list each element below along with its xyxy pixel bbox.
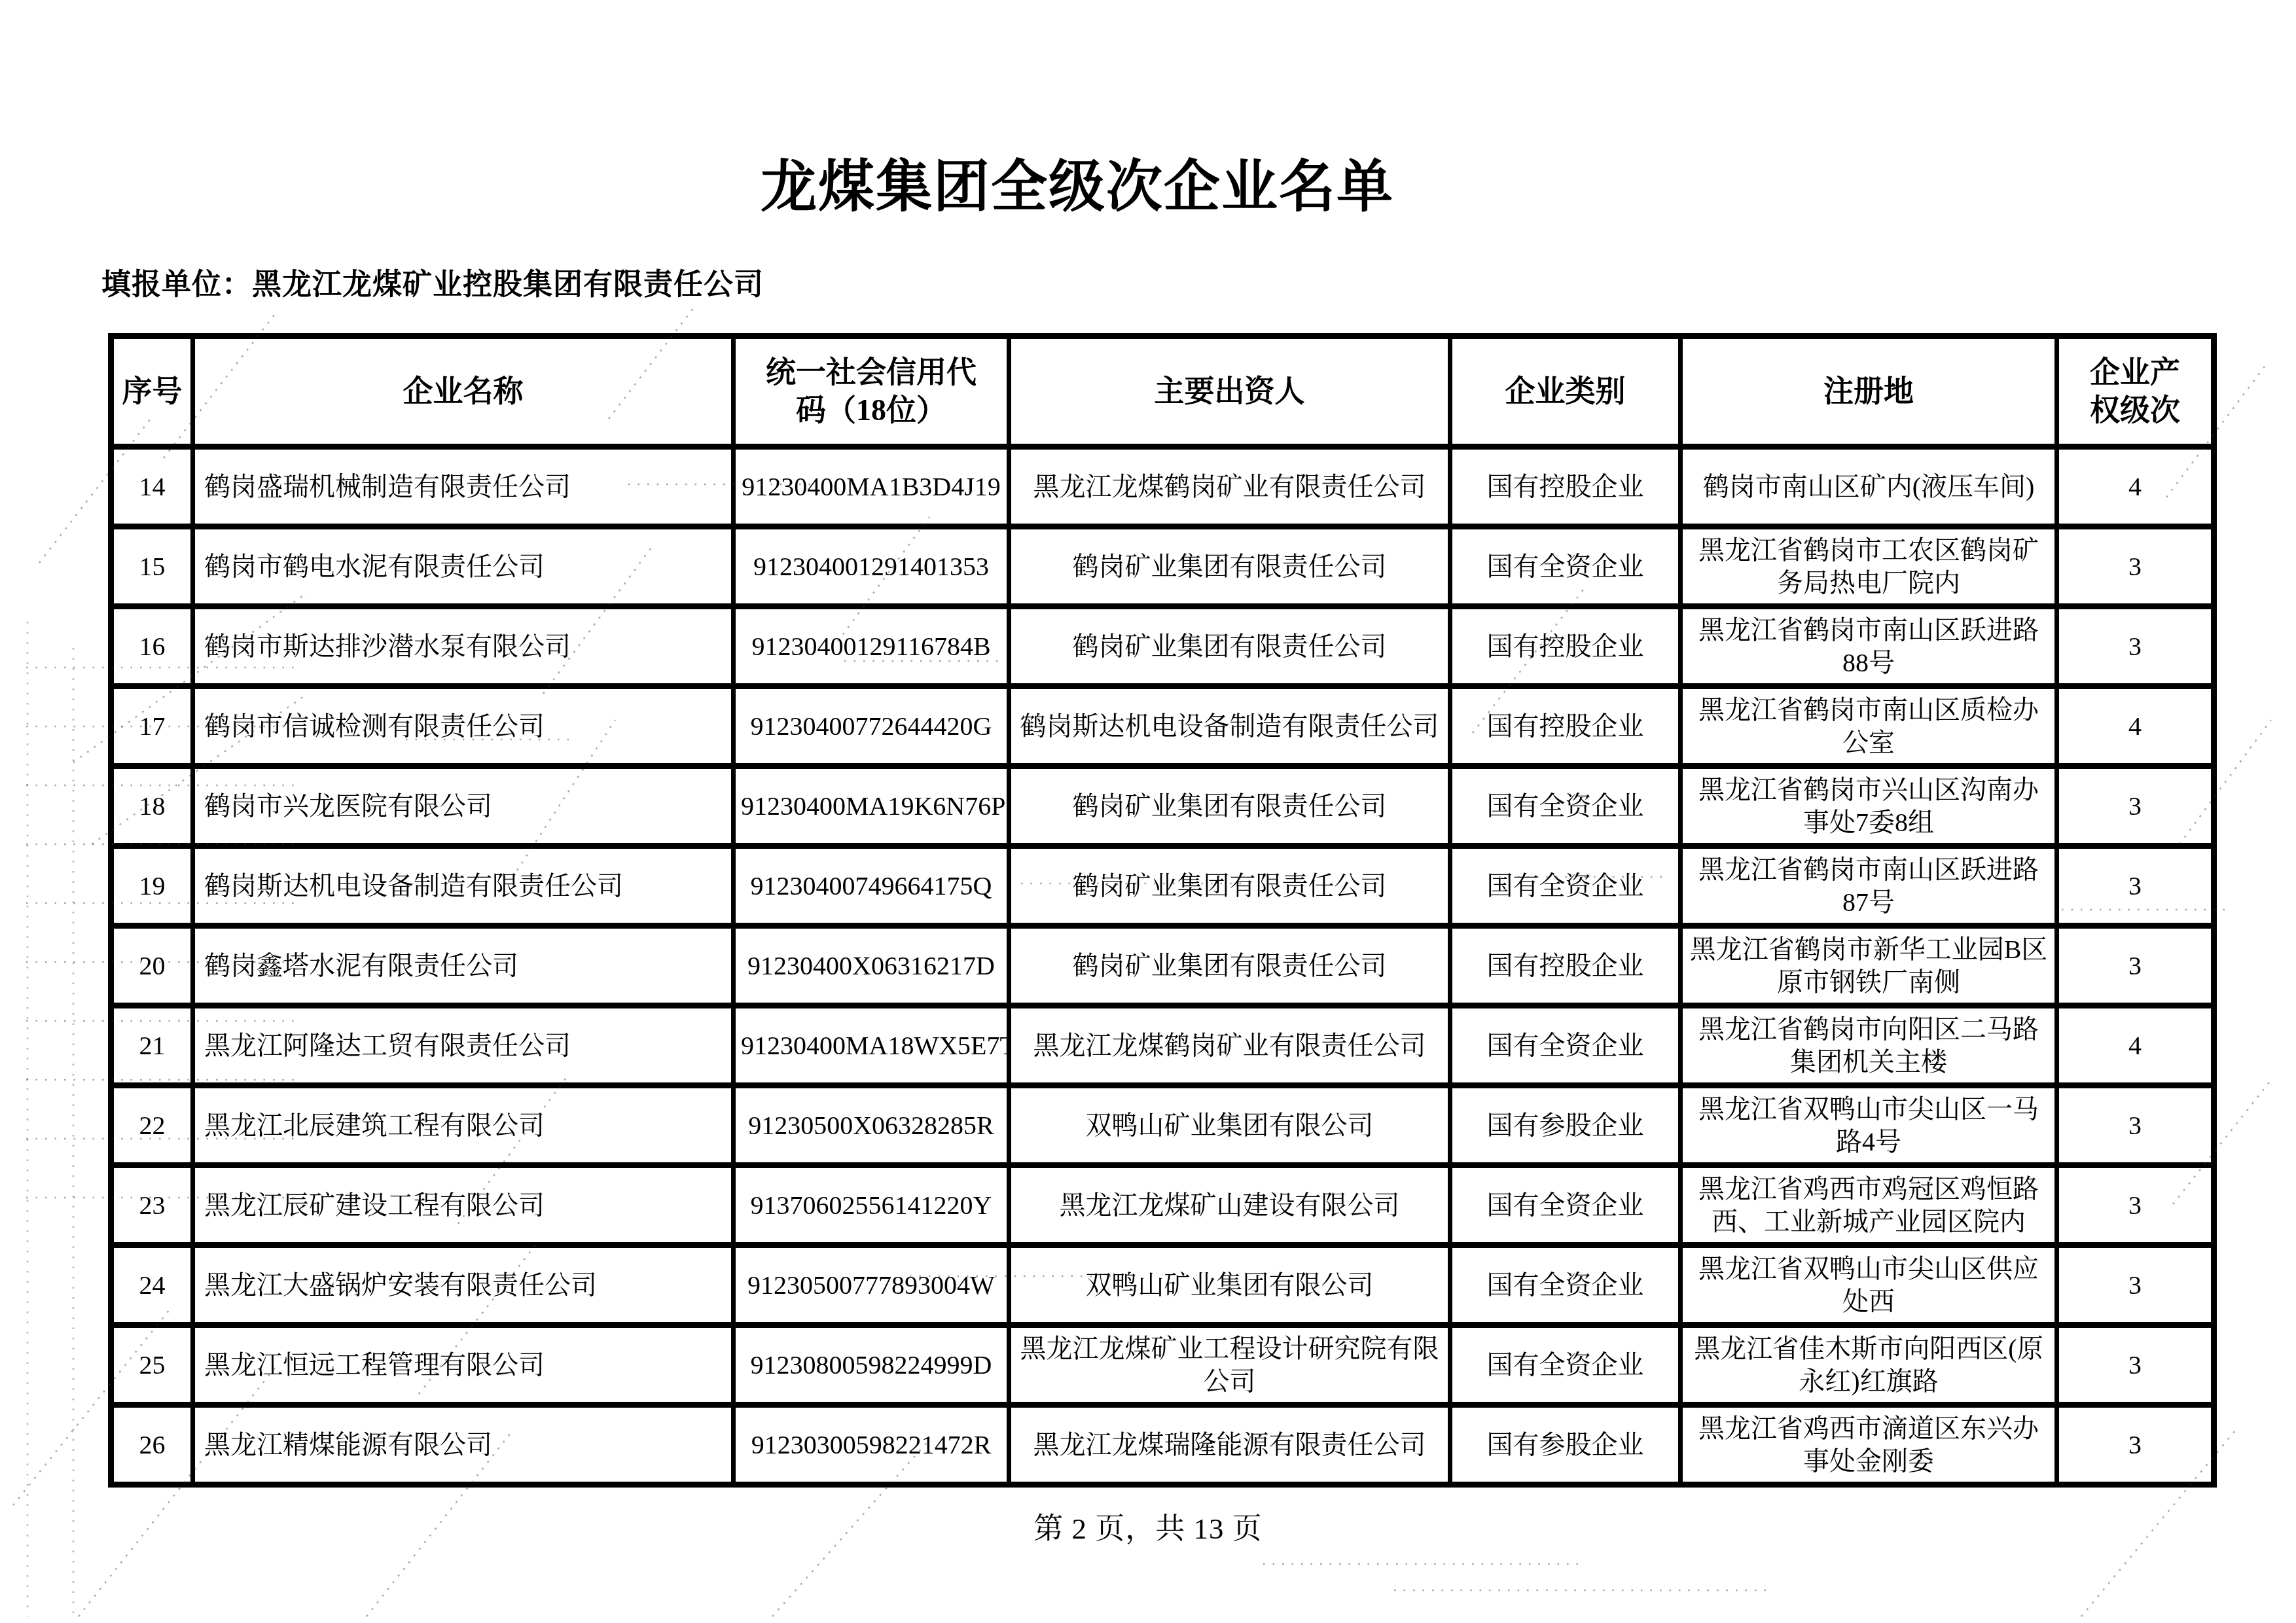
cell-reg_address: 黑龙江省鹤岗市南山区质检办公室 — [1681, 687, 2057, 766]
table-row: 21黑龙江阿隆达工贸有限责任公司91230400MA18WX5E7T黑龙江龙煤鹤… — [111, 1006, 2214, 1086]
table-header-row: 序号企业名称统一社会信用代 码（18位）主要出资人企业类别注册地企业产 权级次 — [111, 336, 2214, 447]
cell-name: 黑龙江大盛锅炉安装有限责任公司 — [193, 1245, 734, 1325]
table-row: 22黑龙江北辰建筑工程有限公司91230500X06328285R双鸭山矿业集团… — [111, 1086, 2214, 1166]
cell-investor: 鹤岗矿业集团有限责任公司 — [1009, 766, 1450, 846]
cell-reg_address: 黑龙江省鹤岗市南山区跃进路87号 — [1681, 846, 2057, 926]
cell-reg_address: 黑龙江省双鸭山市尖山区供应处西 — [1681, 1245, 2057, 1325]
cell-reg_address: 黑龙江省鹤岗市向阳区二马路集团机关主楼 — [1681, 1006, 2057, 1086]
cell-name: 黑龙江北辰建筑工程有限公司 — [193, 1086, 734, 1166]
cell-category: 国有控股企业 — [1450, 687, 1681, 766]
cell-name: 鹤岗鑫塔水泥有限责任公司 — [193, 926, 734, 1006]
cell-investor: 鹤岗矿业集团有限责任公司 — [1009, 846, 1450, 926]
header-index: 序号 — [111, 336, 193, 447]
cell-reg_address: 黑龙江省鹤岗市南山区跃进路88号 — [1681, 607, 2057, 687]
cell-credit_code: 91230400MA19K6N76P — [734, 766, 1009, 846]
cell-name: 鹤岗市信诚检测有限责任公司 — [193, 687, 734, 766]
cell-index: 22 — [111, 1086, 193, 1166]
cell-investor: 黑龙江龙煤瑞隆能源有限责任公司 — [1009, 1405, 1450, 1485]
cell-credit_code: 91230400129116784B — [734, 607, 1009, 687]
document-page: 龙煤集团全级次企业名单 填报单位：黑龙江龙煤矿业控股集团有限责任公司 序号企业名… — [0, 0, 2296, 1623]
cell-category: 国有全资企业 — [1450, 1006, 1681, 1086]
cell-equity_level: 3 — [2057, 766, 2214, 846]
cell-index: 18 — [111, 766, 193, 846]
page-title: 龙煤集团全级次企业名单 — [0, 0, 2225, 223]
cell-index: 20 — [111, 926, 193, 1006]
cell-category: 国有参股企业 — [1450, 1086, 1681, 1166]
cell-credit_code: 91230400749664175Q — [734, 846, 1009, 926]
cell-reg_address: 黑龙江省鸡西市鸡冠区鸡恒路西、工业新城产业园区院内 — [1681, 1166, 2057, 1245]
cell-category: 国有控股企业 — [1450, 447, 1681, 527]
header-name: 企业名称 — [193, 336, 734, 447]
cell-name: 黑龙江精煤能源有限公司 — [193, 1405, 734, 1485]
cell-credit_code: 91230500X06328285R — [734, 1086, 1009, 1166]
cell-name: 鹤岗市兴龙医院有限公司 — [193, 766, 734, 846]
cell-credit_code: 91230400772644420G — [734, 687, 1009, 766]
cell-name: 鹤岗市斯达排沙潜水泵有限公司 — [193, 607, 734, 687]
cell-index: 14 — [111, 447, 193, 527]
table-row: 23黑龙江辰矿建设工程有限公司91370602556141220Y黑龙江龙煤矿山… — [111, 1166, 2214, 1245]
cell-index: 25 — [111, 1325, 193, 1405]
header-credit_code: 统一社会信用代 码（18位） — [734, 336, 1009, 447]
cell-investor: 黑龙江龙煤矿山建设有限公司 — [1009, 1166, 1450, 1245]
cell-reg_address: 黑龙江省鸡西市滴道区东兴办事处金刚委 — [1681, 1405, 2057, 1485]
cell-equity_level: 3 — [2057, 1405, 2214, 1485]
cell-reg_address: 黑龙江省双鸭山市尖山区一马路4号 — [1681, 1086, 2057, 1166]
cell-credit_code: 912304001291401353 — [734, 527, 1009, 607]
cell-equity_level: 3 — [2057, 1086, 2214, 1166]
cell-category: 国有全资企业 — [1450, 1325, 1681, 1405]
cell-reg_address: 鹤岗市南山区矿内(液压车间) — [1681, 447, 2057, 527]
cell-investor: 鹤岗矿业集团有限责任公司 — [1009, 527, 1450, 607]
cell-equity_level: 3 — [2057, 607, 2214, 687]
table-row: 14鹤岗盛瑞机械制造有限责任公司91230400MA1B3D4J19黑龙江龙煤鹤… — [111, 447, 2214, 527]
cell-reg_address: 黑龙江省鹤岗市工农区鹤岗矿务局热电厂院内 — [1681, 527, 2057, 607]
table-row: 25黑龙江恒远工程管理有限公司91230800598224999D黑龙江龙煤矿业… — [111, 1325, 2214, 1405]
cell-investor: 黑龙江龙煤鹤岗矿业有限责任公司 — [1009, 1006, 1450, 1086]
cell-credit_code: 91230400MA18WX5E7T — [734, 1006, 1009, 1086]
cell-category: 国有全资企业 — [1450, 766, 1681, 846]
cell-name: 黑龙江辰矿建设工程有限公司 — [193, 1166, 734, 1245]
table-row: 17鹤岗市信诚检测有限责任公司91230400772644420G鹤岗斯达机电设… — [111, 687, 2214, 766]
table-row: 26黑龙江精煤能源有限公司91230300598221472R黑龙江龙煤瑞隆能源… — [111, 1405, 2214, 1485]
cell-credit_code: 91230300598221472R — [734, 1405, 1009, 1485]
cell-category: 国有全资企业 — [1450, 527, 1681, 607]
reporting-unit: 填报单位：黑龙江龙煤矿业控股集团有限责任公司 — [101, 260, 2296, 303]
cell-equity_level: 4 — [2057, 687, 2214, 766]
table-row: 18鹤岗市兴龙医院有限公司91230400MA19K6N76P鹤岗矿业集团有限责… — [111, 766, 2214, 846]
table-row: 16鹤岗市斯达排沙潜水泵有限公司91230400129116784B鹤岗矿业集团… — [111, 607, 2214, 687]
cell-investor: 双鸭山矿业集团有限公司 — [1009, 1245, 1450, 1325]
cell-investor: 鹤岗斯达机电设备制造有限责任公司 — [1009, 687, 1450, 766]
cell-name: 黑龙江恒远工程管理有限公司 — [193, 1325, 734, 1405]
header-equity_level: 企业产 权级次 — [2057, 336, 2214, 447]
cell-name: 黑龙江阿隆达工贸有限责任公司 — [193, 1006, 734, 1086]
cell-index: 19 — [111, 846, 193, 926]
cell-equity_level: 3 — [2057, 1325, 2214, 1405]
cell-index: 16 — [111, 607, 193, 687]
page-footer: 第 2 页，共 13 页 — [0, 1505, 2296, 1547]
cell-category: 国有全资企业 — [1450, 1245, 1681, 1325]
cell-reg_address: 黑龙江省佳木斯市向阳西区(原永红)红旗路 — [1681, 1325, 2057, 1405]
cell-equity_level: 3 — [2057, 527, 2214, 607]
cell-equity_level: 3 — [2057, 1245, 2214, 1325]
cell-equity_level: 4 — [2057, 1006, 2214, 1086]
cell-index: 21 — [111, 1006, 193, 1086]
cell-index: 26 — [111, 1405, 193, 1485]
table-row: 20鹤岗鑫塔水泥有限责任公司91230400X06316217D鹤岗矿业集团有限… — [111, 926, 2214, 1006]
cell-equity_level: 3 — [2057, 926, 2214, 1006]
cell-reg_address: 黑龙江省鹤岗市新华工业园B区原市钢铁厂南侧 — [1681, 926, 2057, 1006]
cell-investor: 黑龙江龙煤矿业工程设计研究院有限公司 — [1009, 1325, 1450, 1405]
cell-category: 国有全资企业 — [1450, 846, 1681, 926]
cell-category: 国有控股企业 — [1450, 607, 1681, 687]
cell-credit_code: 91230400X06316217D — [734, 926, 1009, 1006]
header-category: 企业类别 — [1450, 336, 1681, 447]
cell-index: 17 — [111, 687, 193, 766]
cell-index: 24 — [111, 1245, 193, 1325]
cell-investor: 黑龙江龙煤鹤岗矿业有限责任公司 — [1009, 447, 1450, 527]
table-row: 19鹤岗斯达机电设备制造有限责任公司91230400749664175Q鹤岗矿业… — [111, 846, 2214, 926]
cell-investor: 鹤岗矿业集团有限责任公司 — [1009, 607, 1450, 687]
cell-equity_level: 4 — [2057, 447, 2214, 527]
cell-investor: 鹤岗矿业集团有限责任公司 — [1009, 926, 1450, 1006]
table-row: 15鹤岗市鹤电水泥有限责任公司912304001291401353鹤岗矿业集团有… — [111, 527, 2214, 607]
cell-category: 国有参股企业 — [1450, 1405, 1681, 1485]
table-body: 14鹤岗盛瑞机械制造有限责任公司91230400MA1B3D4J19黑龙江龙煤鹤… — [111, 447, 2214, 1485]
cell-name: 鹤岗斯达机电设备制造有限责任公司 — [193, 846, 734, 926]
cell-category: 国有控股企业 — [1450, 926, 1681, 1006]
cell-category: 国有全资企业 — [1450, 1166, 1681, 1245]
cell-investor: 双鸭山矿业集团有限公司 — [1009, 1086, 1450, 1166]
cell-index: 15 — [111, 527, 193, 607]
cell-index: 23 — [111, 1166, 193, 1245]
cell-credit_code: 91230800598224999D — [734, 1325, 1009, 1405]
cell-name: 鹤岗市鹤电水泥有限责任公司 — [193, 527, 734, 607]
cell-credit_code: 91230500777893004W — [734, 1245, 1009, 1325]
cell-equity_level: 3 — [2057, 846, 2214, 926]
header-investor: 主要出资人 — [1009, 336, 1450, 447]
cell-credit_code: 91230400MA1B3D4J19 — [734, 447, 1009, 527]
cell-reg_address: 黑龙江省鹤岗市兴山区沟南办事处7委8组 — [1681, 766, 2057, 846]
cell-credit_code: 91370602556141220Y — [734, 1166, 1009, 1245]
cell-equity_level: 3 — [2057, 1166, 2214, 1245]
enterprise-table: 序号企业名称统一社会信用代 码（18位）主要出资人企业类别注册地企业产 权级次 … — [108, 333, 2217, 1488]
cell-name: 鹤岗盛瑞机械制造有限责任公司 — [193, 447, 734, 527]
header-reg_address: 注册地 — [1681, 336, 2057, 447]
table-row: 24黑龙江大盛锅炉安装有限责任公司91230500777893004W双鸭山矿业… — [111, 1245, 2214, 1325]
